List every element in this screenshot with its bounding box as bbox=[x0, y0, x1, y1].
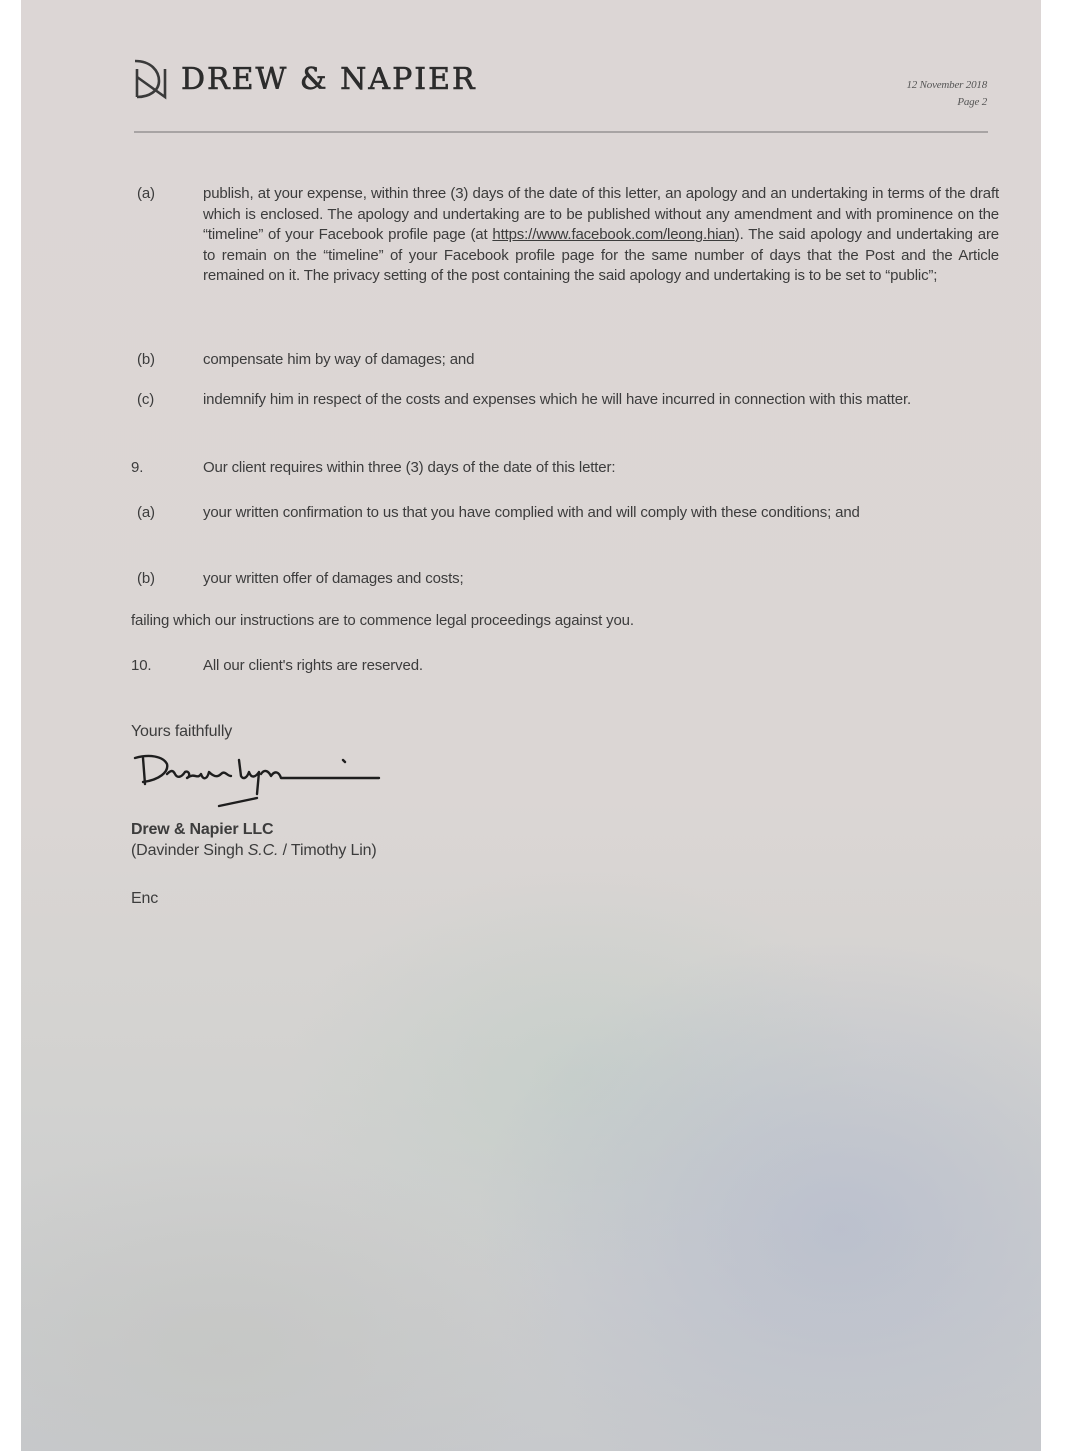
salutation: Yours faithfully bbox=[131, 722, 232, 743]
letter-page: DREW & NAPIER 12 November 2018 Page 2 (a… bbox=[21, 0, 1041, 1451]
header-divider bbox=[134, 131, 988, 133]
clause-text: compensate him by way of damages; and bbox=[203, 350, 1001, 371]
clause-text: All our client's rights are reserved. bbox=[203, 656, 1001, 677]
handwritten-signature bbox=[129, 748, 389, 820]
letterhead-logo: DREW & NAPIER bbox=[129, 57, 477, 101]
clause-text: your written offer of damages and costs; bbox=[203, 569, 1001, 590]
clause-label: (b) bbox=[137, 350, 155, 371]
clause-text: publish, at your expense, within three (… bbox=[203, 184, 999, 287]
facebook-profile-link[interactable]: https://www.facebook.com/leong.hian bbox=[492, 226, 734, 243]
letter-date: 12 November 2018 bbox=[801, 79, 987, 91]
signatories: (Davinder Singh S.C. / Timothy Lin) bbox=[131, 841, 377, 862]
clause-label: 9. bbox=[131, 458, 143, 479]
failing-line: failing which our instructions are to co… bbox=[131, 611, 634, 632]
enclosure-note: Enc bbox=[131, 889, 158, 910]
signing-firm: Drew & Napier LLC bbox=[131, 820, 273, 841]
clause-label: (a) bbox=[137, 184, 155, 205]
clause-text: indemnify him in respect of the costs an… bbox=[203, 390, 1001, 411]
clause-text: your written confirmation to us that you… bbox=[203, 503, 1001, 524]
clause-text: Our client requires within three (3) day… bbox=[203, 458, 1001, 479]
firm-name: DREW & NAPIER bbox=[181, 62, 477, 97]
dn-monogram-icon bbox=[129, 57, 173, 101]
clause-label: 10. bbox=[131, 656, 151, 677]
page-number: Page 2 bbox=[801, 96, 987, 108]
clause-label: (a) bbox=[137, 503, 155, 524]
clause-label: (b) bbox=[137, 569, 155, 590]
clause-label: (c) bbox=[137, 390, 154, 411]
